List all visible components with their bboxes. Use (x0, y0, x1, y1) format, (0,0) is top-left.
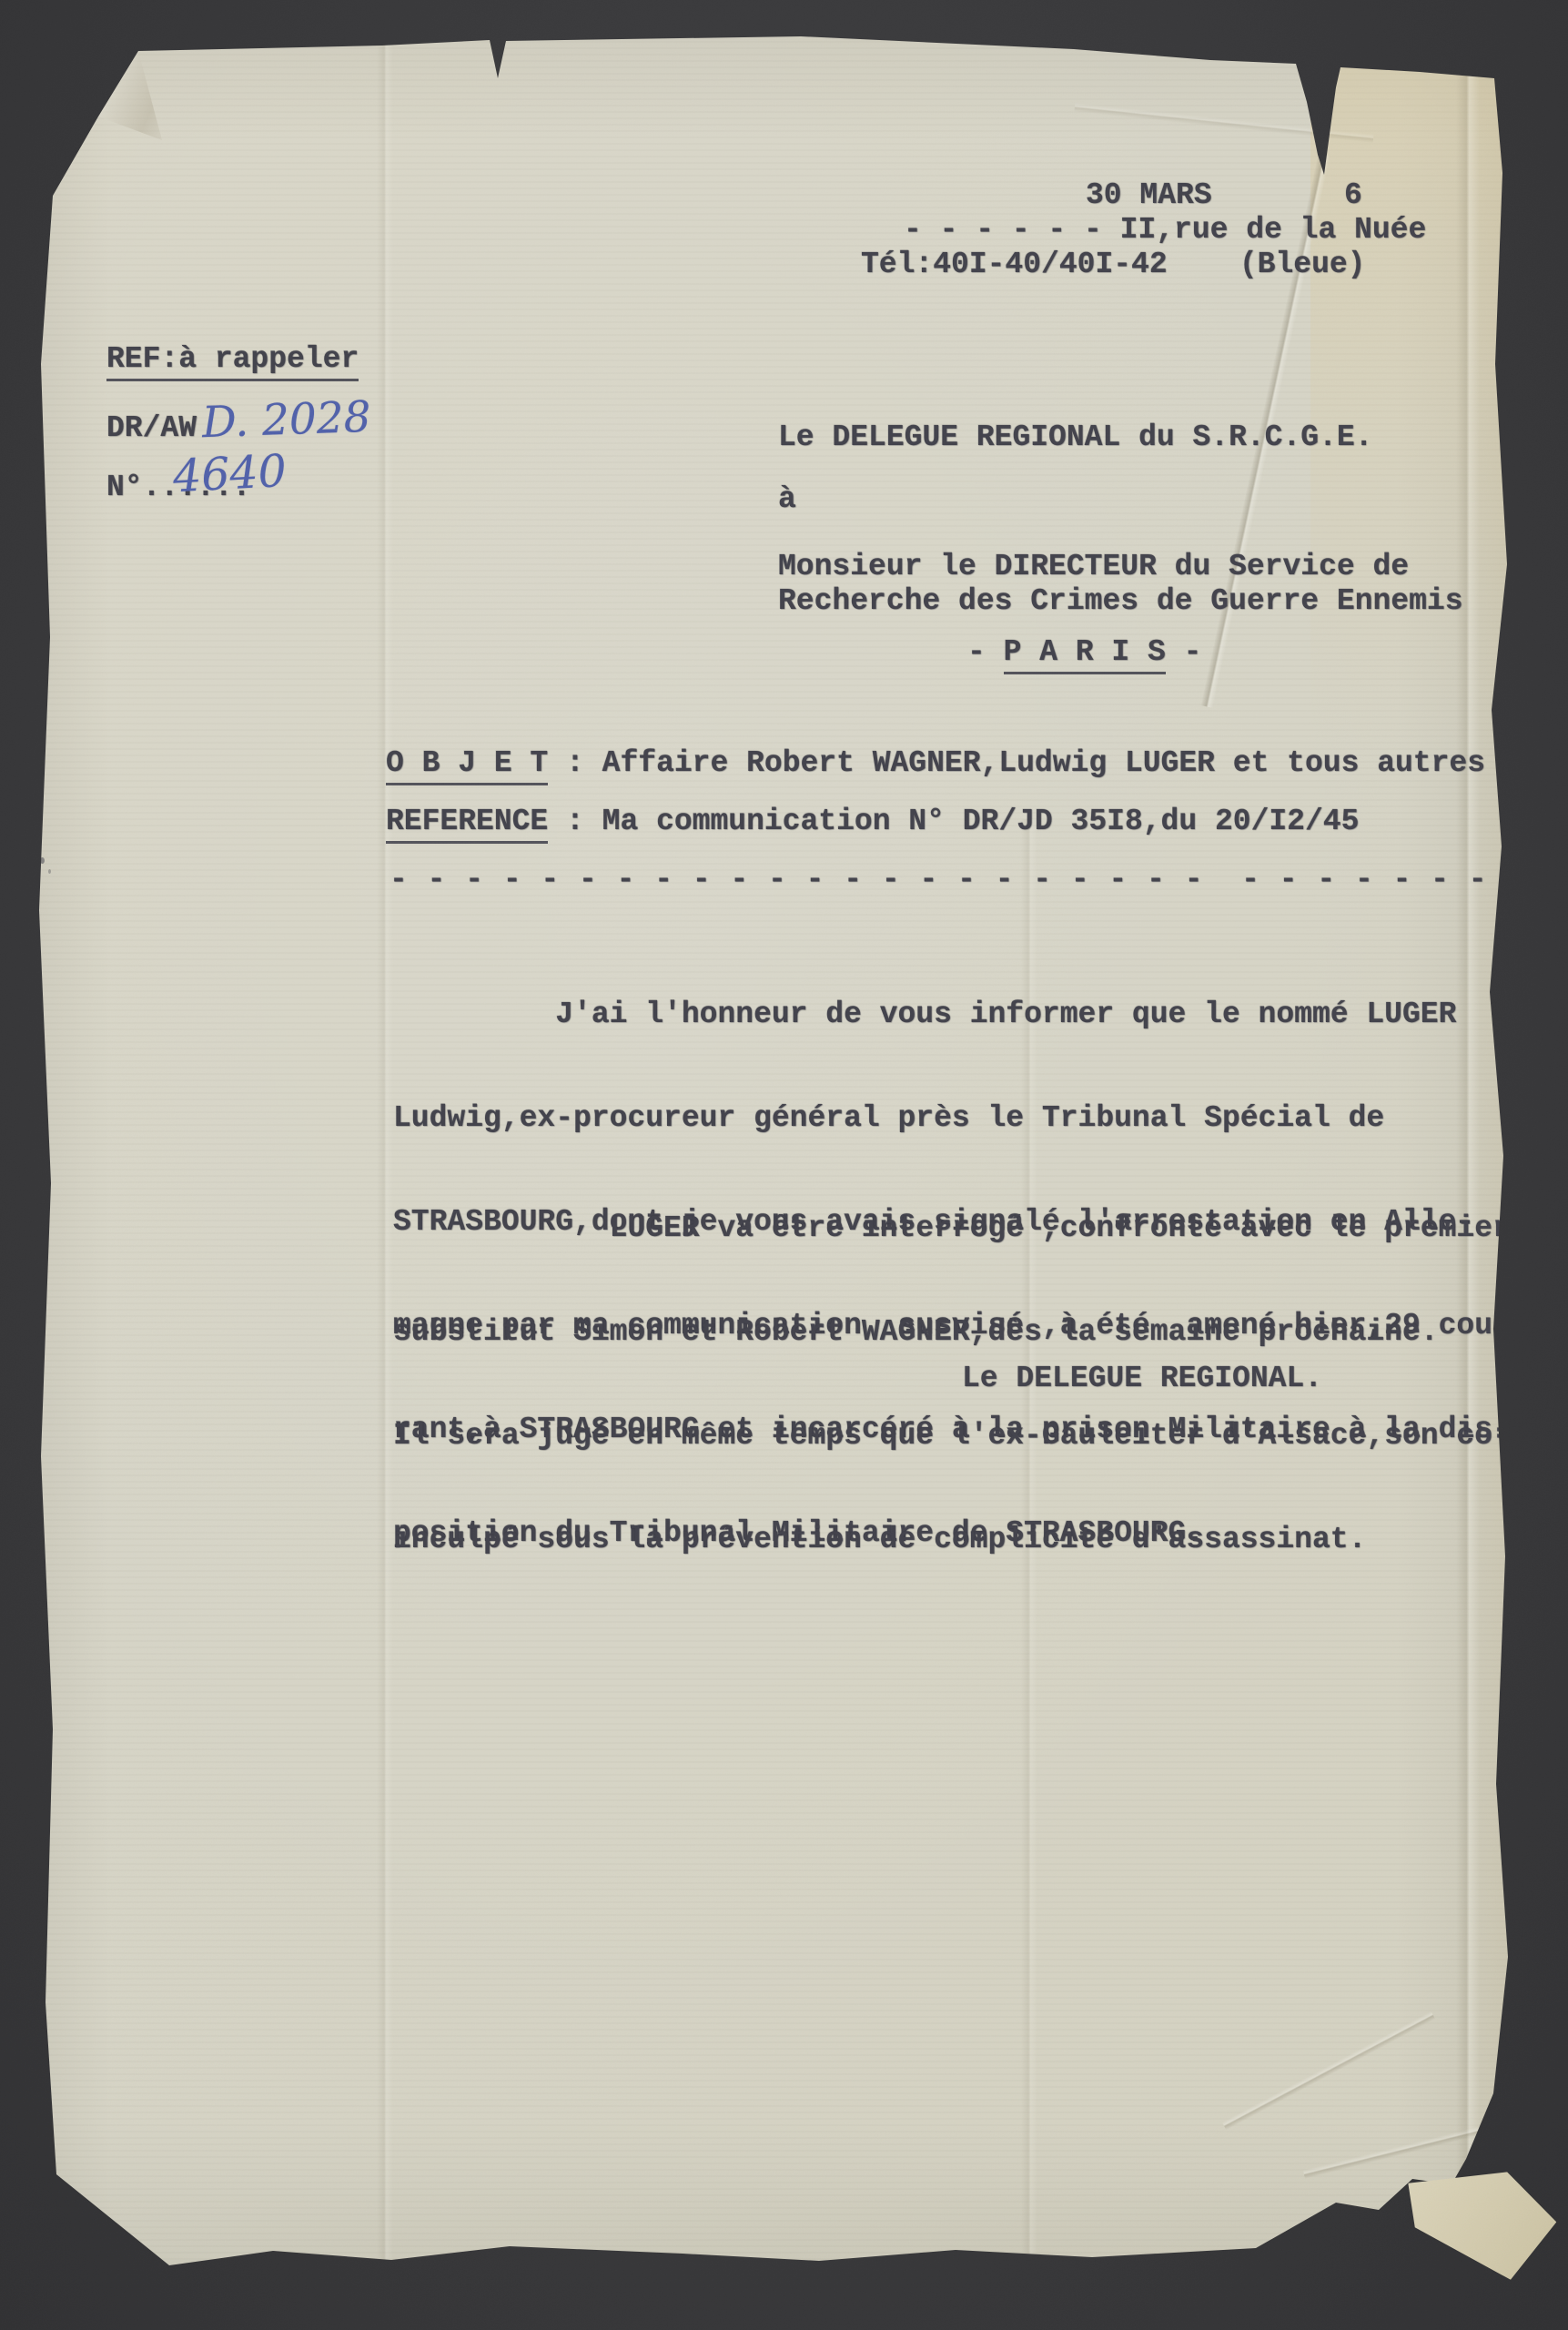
objet-line: O B J E T : Affaire Robert WAGNER,Ludwig… (386, 746, 1485, 781)
reference-label: REFERENCE (386, 805, 548, 844)
city-line: - P A R I S - (967, 635, 1201, 670)
file-code-typed: DR/AW (106, 411, 197, 446)
page-number: 6 (1344, 178, 1362, 213)
phone-line: Tél:40I-40/40I-42 (Bleue) (861, 248, 1366, 282)
paper-sheet: 30 MARS 6 - - - - - - II,rue de la Nuée … (0, 0, 1568, 2330)
reference-line: REFERENCE : Ma communication N° DR/JD 35… (386, 805, 1359, 839)
number-handwritten: 4640 (172, 445, 288, 502)
file-code-handwritten: D. 2028 (201, 392, 371, 448)
recipient-line-1: Monsieur le DIRECTEUR du Service de (778, 550, 1409, 584)
objet-label: O B J E T (386, 746, 548, 785)
scanned-letter-page: 30 MARS 6 - - - - - - II,rue de la Nuée … (0, 0, 1568, 2330)
wrinkle-top-right (1074, 103, 1373, 143)
wrinkle-bottom-right-1 (1222, 2011, 1435, 2131)
paragraph-2-line: substitut Simon et Robert WAGNER,dès la … (393, 1315, 1511, 1350)
signature-line: Le DELEGUE REGIONAL. (962, 1362, 1322, 1396)
sender-line: Le DELEGUE REGIONAL du S.R.C.G.E. (778, 420, 1373, 455)
ref-recall-text: REF:à rappeler (106, 342, 359, 381)
recipient-line-2: Recherche des Crimes de Guerre Ennemis (778, 584, 1463, 619)
paragraph-2-line: LUGER va être interrogé ,confronté avec … (393, 1211, 1511, 1246)
vertical-fold-crease-left (377, 0, 393, 2330)
preposition-a: à (778, 482, 796, 517)
divider-dashes: - - - - - - - - - - - - - - - - - - - - … (389, 863, 1525, 897)
city-dash-left: - (967, 635, 1004, 669)
paper-specks (40, 857, 45, 864)
paragraph-1-line: Ludwig,ex-procureur général près le Trib… (393, 1101, 1511, 1136)
objet-text: Affaire Robert WAGNER,Ludwig LUGER et to… (602, 746, 1485, 780)
reference-separator: : (548, 805, 602, 838)
paragraph-2-line: inculpé sous la prévention de complicité… (393, 1523, 1511, 1557)
folded-corner-top-left (91, 46, 173, 146)
address-line: - - - - - - II,rue de la Nuée (904, 213, 1426, 248)
paragraph-2: LUGER va être interrogé ,confronté avec … (393, 1142, 1511, 1626)
objet-separator: : (548, 746, 602, 780)
reference-text: Ma communication N° DR/JD 35I8,du 20/I2/… (602, 805, 1360, 838)
paragraph-1-line: J'ai l'honneur de vous informer que le n… (393, 998, 1511, 1032)
torn-corner-flap-bottom-right (1403, 2167, 1559, 2284)
ref-recall-line: REF:à rappeler (106, 342, 359, 377)
wrinkle-bottom-right-2 (1303, 2126, 1482, 2179)
date-line: 30 MARS (1086, 178, 1212, 213)
city-dash-right: - (1166, 635, 1202, 669)
city-name: P A R I S (1004, 635, 1166, 674)
paragraph-2-line: Il sera jugé en même temps que l'ex-Gaul… (393, 1419, 1511, 1454)
